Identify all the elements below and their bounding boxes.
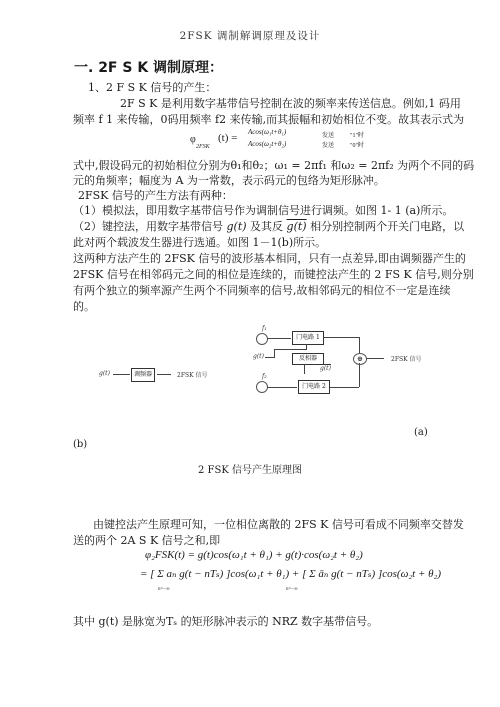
subsection-heading: 1、2 F S K 信号的产生： — [88, 80, 216, 96]
fig-b-line-in — [265, 357, 274, 358]
fig-b-line-out — [366, 358, 384, 359]
formula-2fsk-definition: φ 2FSK (t) = Acos(ω₁t+θ₁) Acos(ω₂t+θ₂) 发… — [190, 128, 440, 158]
fig-b-line-osc1 — [267, 338, 291, 339]
para4-line1: 由键控法产生原理可知，一位相位离散的 2FS K 信号可看成不同频率交替发 — [93, 517, 464, 533]
method2-text-a: （2）键控法，用数字基带信号 — [73, 220, 227, 233]
figure-a-analog-method: g(t) 调频器 2FSK 信号 — [95, 360, 235, 390]
fig-b-oscillator1-icon — [256, 333, 268, 345]
formula-sum-range-2: n=−∞ — [286, 587, 298, 592]
fig-b-line-gate1-down — [359, 337, 360, 353]
para3-line1: 这两种方法产生的 2FSK 信号的波形基本相同，只有一点差异,即由调频器产生的 — [73, 251, 466, 267]
para1-line1: 2F S K 是利用数字基带信号控制在波的频率来传送信息。例如,1 码用 — [120, 96, 461, 112]
fig-b-input: g(t) — [253, 353, 264, 360]
method2-g: g(t) — [227, 220, 247, 233]
fig-b-line-gate2-out — [329, 387, 359, 388]
fig-b-f1-label: f₁ — [262, 325, 267, 332]
formula-case1: Acos(ω₁t+θ₁) — [248, 128, 286, 136]
fig-a-output: 2FSK 信号 — [177, 370, 207, 379]
para3-line4: 的。 — [73, 299, 95, 315]
method2-line1: （2）键控法，用数字基带信号 g(t) 及其反 g(t) 相分别控制两个开关门电… — [73, 219, 464, 235]
method2-line2: 此对两个载波发生器进行选通。如图 1－1(b)所示。 — [73, 235, 326, 251]
fig-a-arrow-out — [157, 374, 171, 375]
para2-line1: 式中,假设码元的初始相位分别为θ₁和θ₂；ω₁ = 2πf₁ 和ω₂ = 2πf… — [73, 158, 474, 174]
fig-b-line-osc2 — [267, 387, 297, 388]
fig-b-output: 2FSK 信号 — [391, 354, 421, 363]
method2-text-c: 相分别控制两个开关门电路，以 — [307, 220, 465, 233]
formula-2fsk-sum-row1: φ₂FSK(t) = g(t)cos(ω₁t + θ₁) + g(t)·cos(… — [145, 549, 363, 561]
para1-line2: 频率 f 1 来传输，0码用频率 f2 来传输,而其振幅和初始相位不变。故其表示… — [73, 112, 464, 128]
para3-line2: 2FSK 信号在相邻码元之间的相位是连续的，而键控法产生的 2 FS K 信号,… — [73, 267, 474, 283]
formula-cond2-send: 发送 — [322, 140, 334, 149]
fig-b-gate1: 门电路 1 — [292, 331, 324, 345]
para5: 其中 g(t) 是脉宽为Tₛ 的矩形脉冲表示的 NRZ 数字基带信号。 — [73, 614, 378, 630]
fig-a-fm-block: 调频器 — [131, 368, 155, 382]
fig-b-line-branch — [274, 349, 275, 358]
para2-line3: 2FSK 信号的产生方法有两种： — [78, 188, 233, 204]
fig-a-arrow-in — [113, 374, 130, 375]
formula-sum-range-1: n=−∞ — [158, 587, 170, 592]
formula-phi-sub: 2FSK — [196, 144, 210, 150]
method2-text-b: 及其反 — [247, 220, 287, 233]
method2-gbar: g(t) — [287, 220, 307, 233]
figure-b-keying-method: f₁ 门电路 1 g(t) 反相器 g(t) f₂ 门电路 2 ⊕ 2FSK 信… — [245, 325, 425, 405]
fig-b-line-inv-out — [304, 364, 305, 374]
formula-cond1-bit: "1"时 — [350, 130, 364, 139]
fig-b-line-to-gate1 — [274, 349, 306, 350]
fig-a-input: g(t) — [99, 370, 110, 377]
formula-case2: Acos(ω₂t+θ₂) — [248, 140, 286, 148]
page-header-title: 2FSK 调制解调原理及设计 — [0, 28, 500, 43]
fig-b-f2-label: f₂ — [262, 373, 267, 380]
fig-b-line-gate1-out — [323, 337, 359, 338]
para3-line3: 有两个独立的频率源产生两个不同频率的信号,故相邻码元的相位不一定是连续 — [73, 283, 451, 299]
method1: （1）模拟法，即用数字基带信号作为调制信号进行调频。如图 1- 1 (a)所示。 — [73, 203, 453, 219]
fig-b-inverter: 反相器 — [292, 353, 324, 365]
fig-b-line-gate2-up — [359, 363, 360, 387]
formula-phi: φ — [190, 134, 196, 145]
fig-b-gbar: g(t) — [320, 365, 331, 372]
figure-caption: 2 FSK 信号产生原理图 — [0, 463, 500, 479]
formula-cond2-bit: "0"时 — [350, 140, 364, 149]
fig-b-line-gate1-ctrl — [306, 344, 307, 350]
fig-b-gate2: 门电路 2 — [298, 380, 330, 394]
para4-line2: 送的两个 2A S K 信号之和,即 — [73, 533, 220, 549]
figure-label-b: (b) — [73, 437, 87, 453]
fig-b-adder-icon: ⊕ — [353, 353, 367, 365]
para2-line2: 元的角频率；幅度为 A 为一常数，表示码元的包络为矩形脉冲。 — [73, 173, 385, 189]
formula-2fsk-sum-row2: = [ Σ aₙ g(t − nTₛ) ]cos(ω₁t + θ₁) + [ Σ… — [140, 567, 441, 580]
figure-label-a: (a) — [414, 425, 428, 441]
section-heading: 一. 2F S K 调制原理： — [74, 57, 223, 77]
formula-cond1-send: 发送 — [322, 130, 334, 139]
formula-lhs-arg: (t) = — [218, 132, 237, 144]
